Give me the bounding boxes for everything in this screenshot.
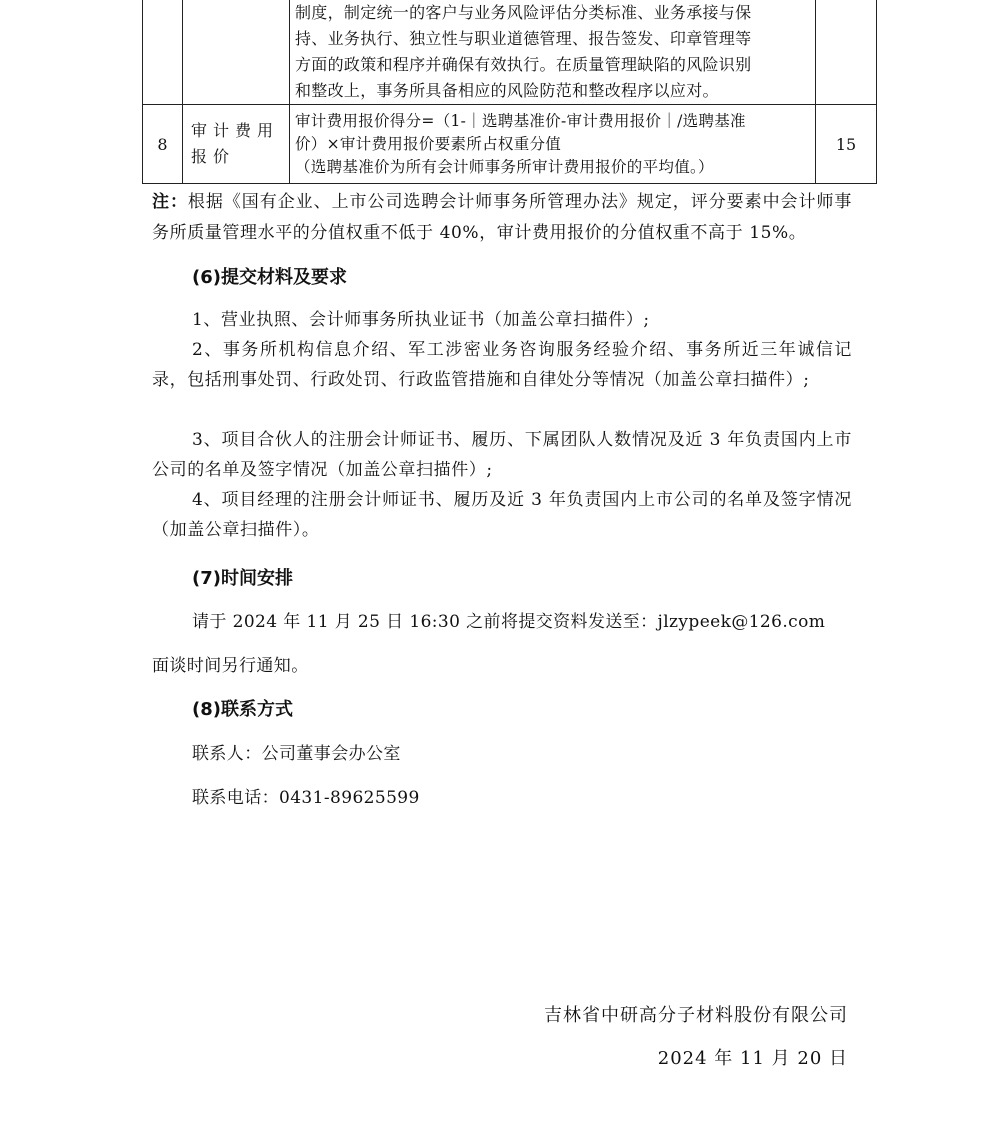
content-line: 和整改上，事务所具备相应的风险防范和整改程序以应对。 [295,78,811,104]
content-line: 方面的政策和程序并确保有效执行。在质量管理缺陷的风险识别 [295,52,811,78]
row-item: 审计费用报价 [183,105,290,184]
document-page: 制度，制定统一的客户与业务风险评估分类标准、业务承接与保 持、业务执行、独立性与… [0,0,1000,1137]
row-score: 15 [816,105,877,184]
table-row: 8 审计费用报价 审计费用报价得分=（1-｜选聘基准价-审计费用报价｜/选聘基准… [143,105,877,184]
row-number [143,0,183,105]
interview-notice: 面谈时间另行通知。 [152,651,309,676]
content-line: 持、业务执行、独立性与职业道德管理、报告签发、印章管理等 [295,26,811,52]
scoring-table: 制度，制定统一的客户与业务风险评估分类标准、业务承接与保 持、业务执行、独立性与… [142,0,877,184]
row-number: 8 [143,105,183,184]
company-signature: 吉林省中研高分子材料股份有限公司 [544,1001,848,1027]
note-label: 注： [152,192,188,212]
section-6-heading: (6)提交材料及要求 [192,263,347,289]
section-8-heading: (8)联系方式 [192,695,293,721]
table-note: 注：根据《国有企业、上市公司选聘会计师事务所管理办法》规定，评分要素中会计师事务… [152,187,852,249]
row-content: 制度，制定统一的客户与业务风险评估分类标准、业务承接与保 持、业务执行、独立性与… [290,0,816,105]
signature-date: 2024 年 11 月 20 日 [658,1044,848,1070]
content-line: 价）×审计费用报价要素所占权重分值 [295,133,811,156]
content-line: （选聘基准价为所有会计师事务所审计费用报价的平均值。） [295,156,811,179]
note-text: 根据《国有企业、上市公司选聘会计师事务所管理办法》规定，评分要素中会计师事务所质… [152,192,852,243]
content-line: 制度，制定统一的客户与业务风险评估分类标准、业务承接与保 [295,0,811,26]
contact-person: 联系人：公司董事会办公室 [192,739,401,764]
row-item [183,0,290,105]
materials-item-4: 4、项目经理的注册会计师证书、履历及近 3 年负责国内上市公司的名单及签字情况（… [152,485,852,545]
table-row: 制度，制定统一的客户与业务风险评估分类标准、业务承接与保 持、业务执行、独立性与… [143,0,877,105]
section-7-heading: (7)时间安排 [192,564,293,590]
deadline-text: 请于 2024 年 11 月 25 日 16:30 之前将提交资料发送至：jlz… [192,607,825,632]
row-item-label: 审计费用报价 [191,118,289,170]
row-score [816,0,877,105]
materials-item-2: 2、事务所机构信息介绍、军工涉密业务咨询服务经验介绍、事务所近三年诚信记录，包括… [152,335,852,395]
contact-phone: 联系电话：0431-89625599 [192,783,420,808]
materials-item-1: 1、营业执照、会计师事务所执业证书（加盖公章扫描件）; [152,305,852,335]
materials-item-3: 3、项目合伙人的注册会计师证书、履历、下属团队人数情况及近 3 年负责国内上市公… [152,425,852,485]
row-content: 审计费用报价得分=（1-｜选聘基准价-审计费用报价｜/选聘基准 价）×审计费用报… [290,105,816,184]
content-line: 审计费用报价得分=（1-｜选聘基准价-审计费用报价｜/选聘基准 [295,110,811,133]
